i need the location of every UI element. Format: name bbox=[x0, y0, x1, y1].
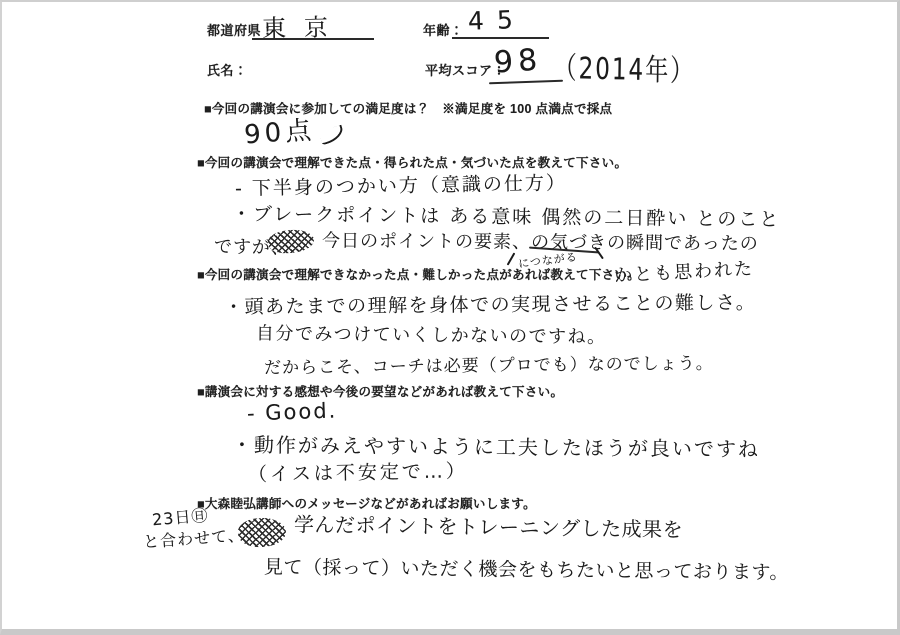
section-impressions-heading: ■講演会に対する感想や今後の要望などがあれば教えて下さい。 bbox=[197, 382, 563, 400]
understood-line-3b: 今日のポイントの要素、の気づきの瞬間であったの bbox=[322, 226, 759, 255]
scratched-out-word bbox=[267, 228, 315, 256]
difficult-line-2: 自分でみつけていくしかないのですね。 bbox=[256, 319, 607, 349]
score-underline-ink bbox=[489, 80, 563, 85]
pen-flourish bbox=[318, 125, 345, 146]
section-difficult-heading: ■今回の講演会で理解できなかった点・難しかった点があれば教えて下さい。 bbox=[197, 265, 640, 283]
impressions-line-1: - Good. bbox=[247, 398, 338, 425]
prefecture-value-handwritten: 東京 bbox=[252, 7, 347, 44]
satisfaction-answer-handwritten: 90点 bbox=[243, 110, 317, 152]
average-score-value-handwritten: 98 bbox=[493, 42, 544, 80]
prefecture-field: 東京 bbox=[252, 8, 374, 40]
impressions-line-3: （イスは不安定で…） bbox=[248, 456, 468, 487]
understood-line-1: - 下半身のつかい方（意識の仕方） bbox=[235, 168, 567, 201]
scanned-feedback-form: 都道府県： 東京 年齢： 45 氏名： 平均スコア： 98 （2014年） ■今… bbox=[0, 0, 900, 635]
scratched-out-word-2 bbox=[237, 516, 287, 548]
message-line-1c: 学んだポイントをトレーニングした成果を bbox=[294, 508, 683, 542]
score-year-note-handwritten: （2014年） bbox=[553, 44, 695, 90]
difficult-line-1: ・頭あたまでの理解を身体での実現させることの難しさ。 bbox=[224, 288, 756, 320]
name-label: 氏名： bbox=[207, 60, 248, 79]
age-field: 45 bbox=[452, 6, 549, 39]
message-line-2: 見て（採って）いただく機会をもちたいと思っております。 bbox=[264, 552, 789, 584]
age-value-handwritten: 45 bbox=[452, 5, 527, 37]
difficult-line-3: だからこそ、コーチは必要（プロでも）なのでしょう。 bbox=[264, 349, 714, 379]
insertion-bracket-left bbox=[507, 252, 516, 265]
impressions-line-2: ・動作がみえやすいように工夫したほうが良いですね bbox=[232, 429, 760, 463]
